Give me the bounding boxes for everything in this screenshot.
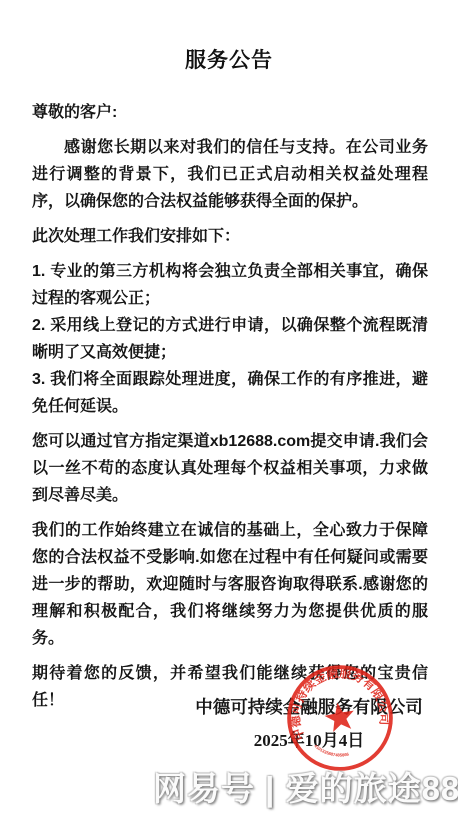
assurance-paragraph: 我们的工作始终建立在诚信的基础上，全心致力于保障您的合法权益不受影响.如您在过程… — [32, 517, 428, 652]
notice-page: 服务公告 尊敬的客户: 感谢您长期以来对我们的信任与支持。在公司业务进行调整的背… — [0, 0, 458, 815]
watermark: 网易号 | 爱的旅途8899 — [153, 763, 458, 810]
arrangement-item-2: 2. 采用线上登记的方式进行申请，以确保整个流程既清晰明了又高效便捷； — [32, 312, 428, 366]
arrangement-lead: 此次处理工作我们安排如下： — [32, 223, 428, 250]
seal-ring-text: 中德可持续金融服务有限公司 — [280, 658, 394, 743]
seal-serial-number: 4101335887485866 — [313, 738, 350, 762]
arrangement-item-3: 3. 我们将全面跟踪处理进度，确保工作的有序推进，避免任何延误。 — [32, 366, 428, 420]
seal-star-icon — [323, 700, 357, 733]
arrangement-list: 1. 专业的第三方机构将会独立负责全部相关事宜，确保过程的客观公正； 2. 采用… — [32, 258, 428, 420]
notice-title: 服务公告 — [0, 0, 458, 74]
channel-paragraph: 您可以通过官方指定渠道xb12688.com提交申请.我们会以一丝不苟的态度认真… — [32, 428, 428, 509]
intro-paragraph: 感谢您长期以来对我们的信任与支持。在公司业务进行调整的背景下，我们已正式启动相关… — [32, 134, 428, 215]
salutation: 尊敬的客户: — [32, 99, 428, 126]
notice-body: 尊敬的客户: 感谢您长期以来对我们的信任与支持。在公司业务进行调整的背景下，我们… — [0, 74, 458, 714]
arrangement-item-1: 1. 专业的第三方机构将会独立负责全部相关事宜，确保过程的客观公正； — [32, 258, 428, 312]
